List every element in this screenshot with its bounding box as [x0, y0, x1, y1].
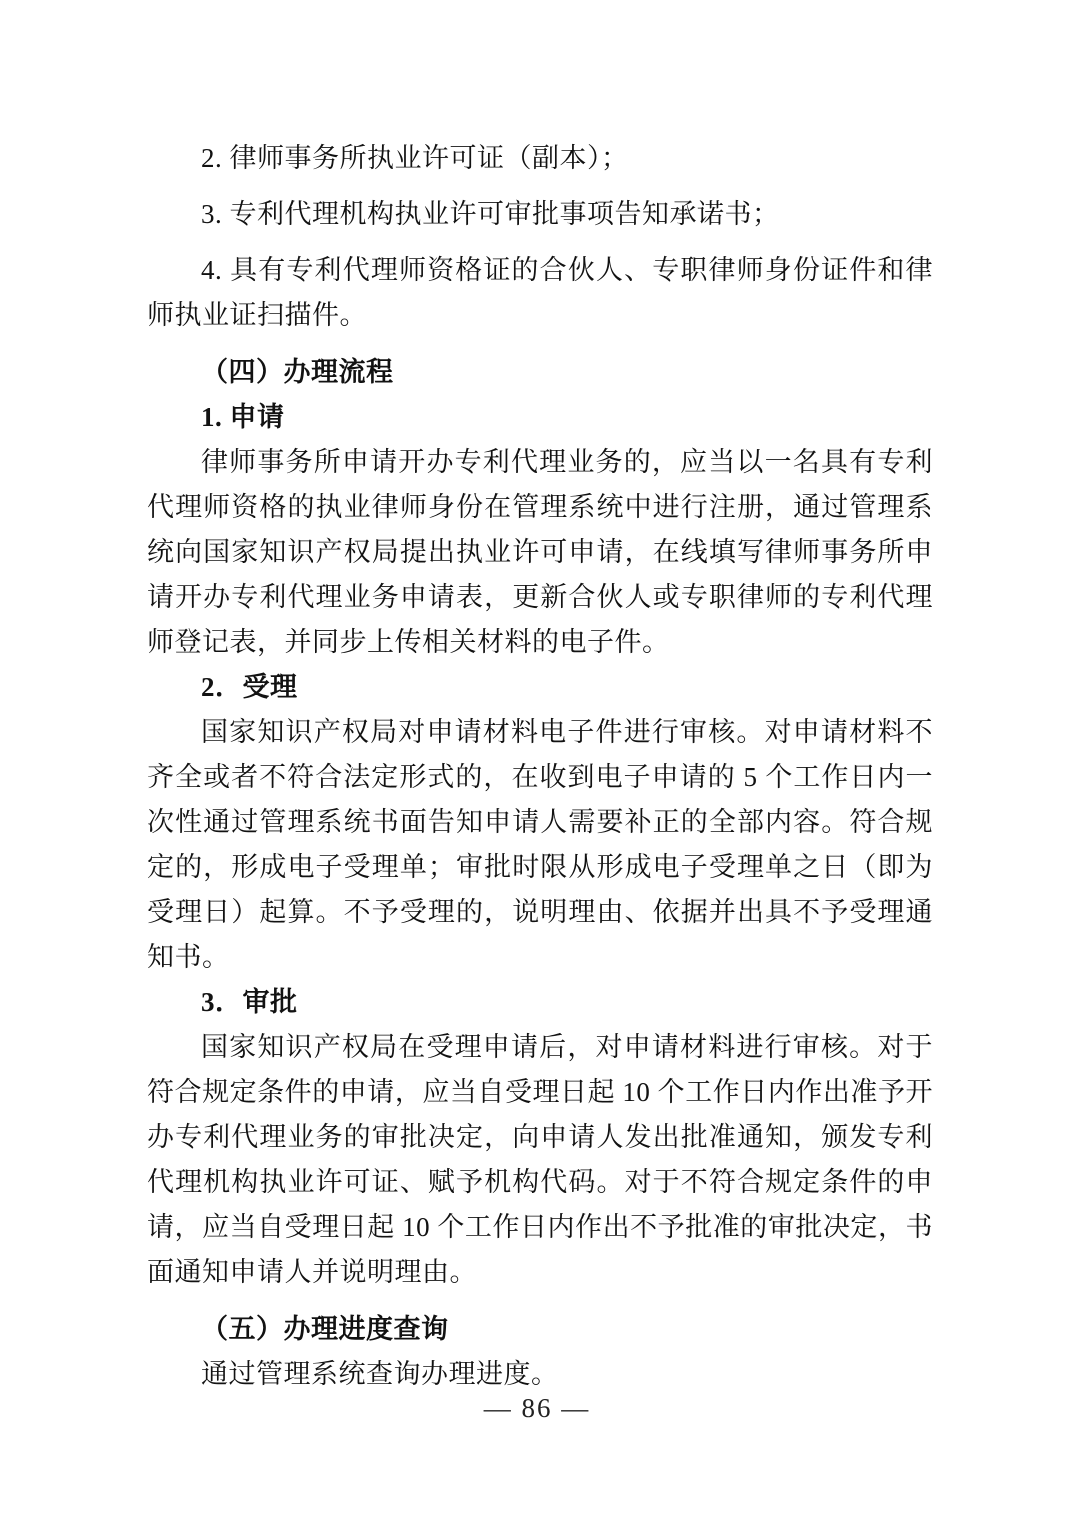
paragraph-application: 律师事务所申请开办专利代理业务的，应当以一名具有专利代理师资格的执业律师身份在管… — [147, 440, 933, 665]
subsection-heading-approval: 3．审批 — [147, 980, 933, 1025]
list-item-3: 3. 专利代理机构执业许可审批事项告知承诺书； — [147, 192, 933, 237]
section-heading-5: （五）办理进度查询 — [147, 1307, 933, 1352]
document-page: 2. 律师事务所执业许可证（副本）； 3. 专利代理机构执业许可审批事项告知承诺… — [0, 0, 1074, 1520]
subsection-heading-acceptance: 2．受理 — [147, 665, 933, 710]
section-heading-4: （四）办理流程 — [147, 350, 933, 395]
document-content: 2. 律师事务所执业许可证（副本）； 3. 专利代理机构执业许可审批事项告知承诺… — [147, 136, 933, 1397]
paragraph-approval: 国家知识产权局在受理申请后，对申请材料进行审核。对于符合规定条件的申请，应当自受… — [147, 1025, 933, 1295]
subsection-heading-application: 1. 申请 — [147, 395, 933, 440]
page-number: — 86 — — [0, 1388, 1074, 1428]
list-item-4: 4. 具有专利代理师资格证的合伙人、专职律师身份证件和律师执业证扫描件。 — [147, 248, 933, 338]
list-item-2: 2. 律师事务所执业许可证（副本）； — [147, 136, 933, 181]
paragraph-acceptance: 国家知识产权局对申请材料电子件进行审核。对申请材料不齐全或者不符合法定形式的，在… — [147, 710, 933, 980]
